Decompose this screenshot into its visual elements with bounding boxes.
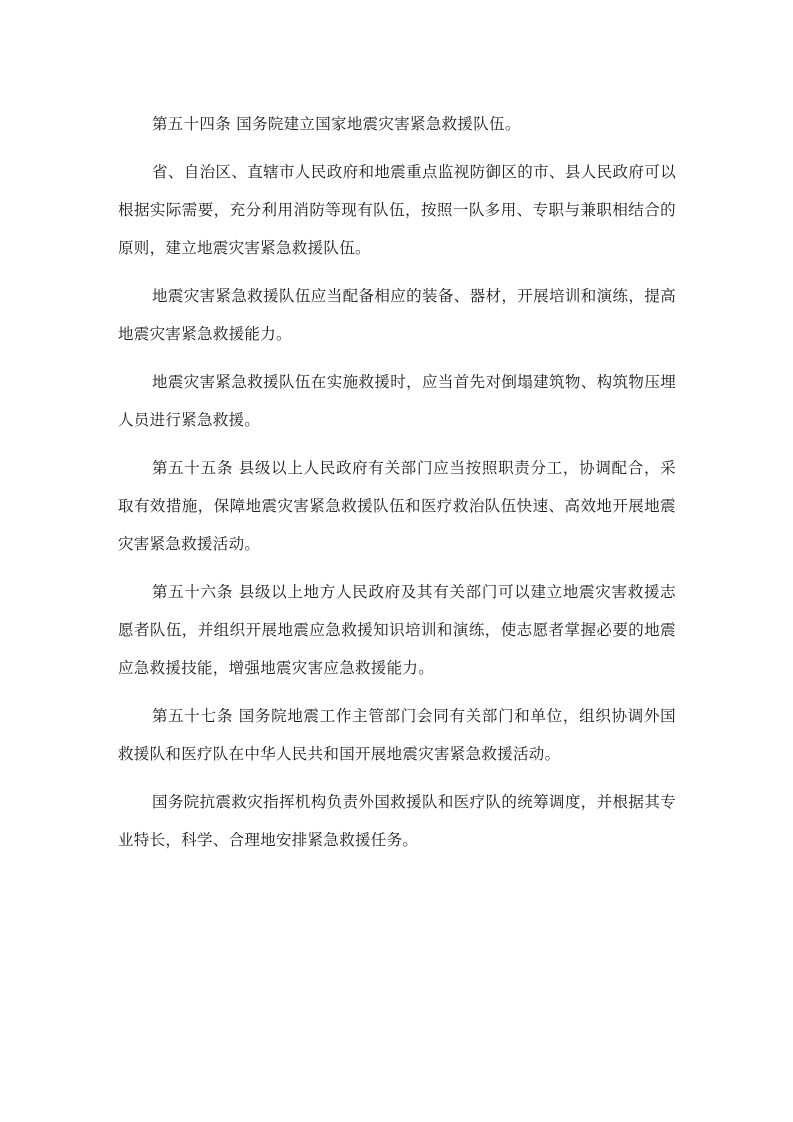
document-page: 第五十四条 国务院建立国家地震灾害紧急救援队伍。 省、自治区、直辖市人民政府和地… <box>118 105 676 869</box>
article-54-clause-2-paragraph: 省、自治区、直辖市人民政府和地震重点监视防御区的市、县人民政府可以根据实际需要，… <box>118 153 676 267</box>
article-54-clause-3-paragraph: 地震灾害紧急救援队伍应当配备相应的装备、器材，开展培训和演练，提高地震灾害紧急救… <box>118 277 676 353</box>
article-57-paragraph: 第五十七条 国务院地震工作主管部门会同有关部门和单位，组织协调外国救援队和医疗队… <box>118 697 676 773</box>
article-54-clause-4-paragraph: 地震灾害紧急救援队伍在实施救援时，应当首先对倒塌建筑物、构筑物压埋人员进行紧急救… <box>118 363 676 439</box>
article-54-paragraph: 第五十四条 国务院建立国家地震灾害紧急救援队伍。 <box>118 105 676 143</box>
article-56-paragraph: 第五十六条 县级以上地方人民政府及其有关部门可以建立地震灾害救援志愿者队伍，并组… <box>118 573 676 687</box>
article-55-paragraph: 第五十五条 县级以上人民政府有关部门应当按照职责分工，协调配合，采取有效措施，保… <box>118 449 676 563</box>
article-57-clause-2-paragraph: 国务院抗震救灾指挥机构负责外国救援队和医疗队的统筹调度，并根据其专业特长，科学、… <box>118 783 676 859</box>
